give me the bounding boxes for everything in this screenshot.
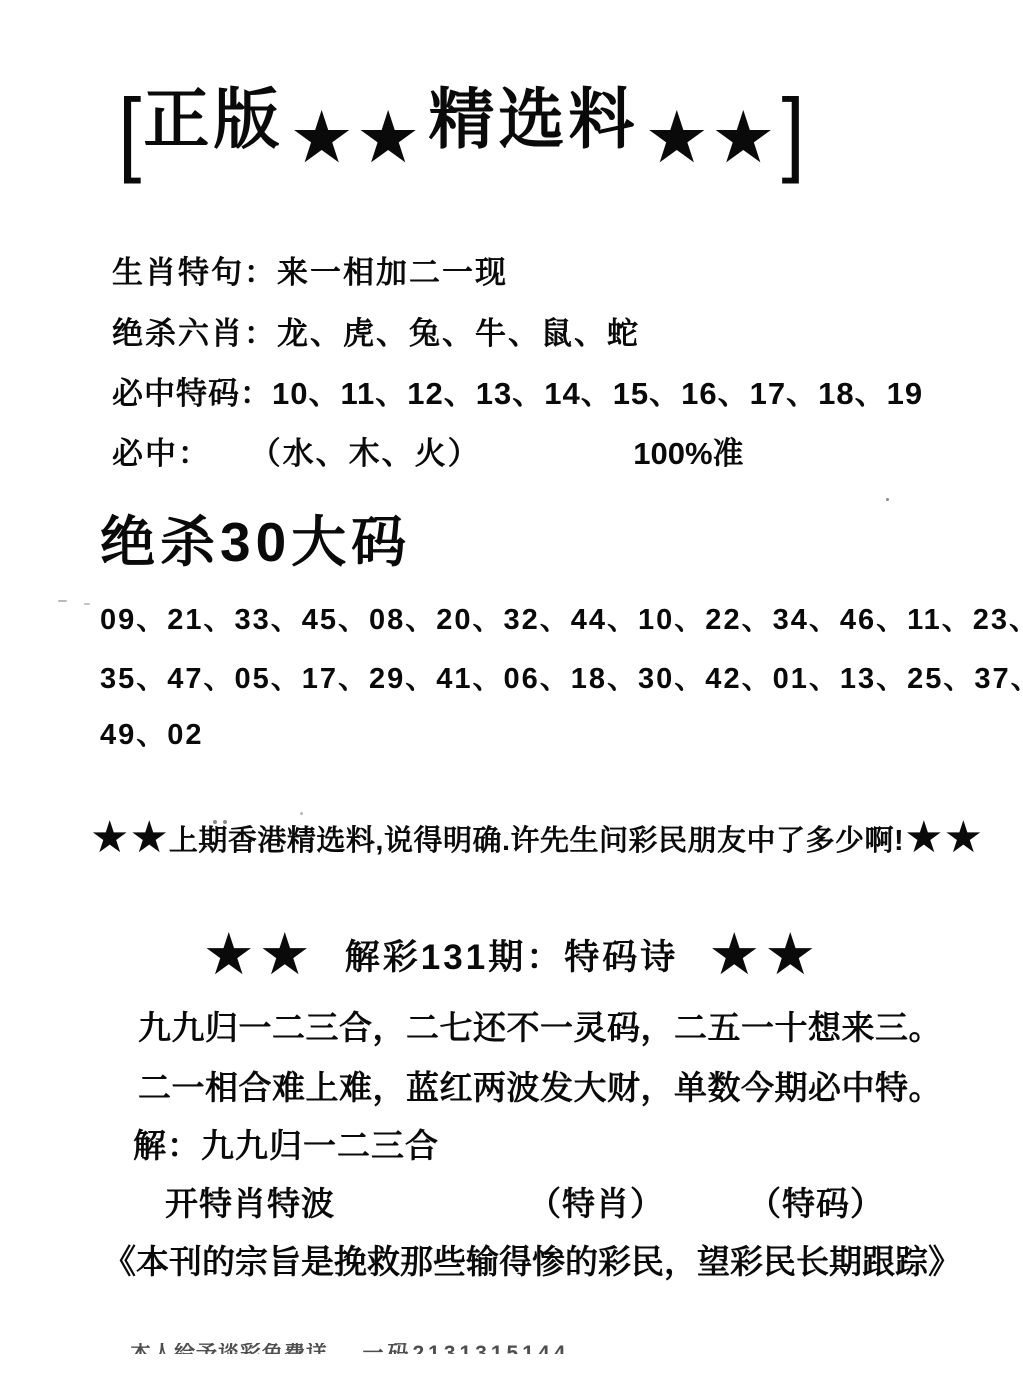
scan-speckle (213, 820, 217, 824)
scan-speckle (58, 600, 67, 602)
headline: [ 正版 ★★ 精选料 ★★ ] (118, 80, 805, 172)
must-hit-numbers-line: 必中特码：10、11、12、13、14、15、16、17、18、19 (112, 368, 923, 413)
special-code-label: （特码） (748, 1178, 884, 1225)
headline-bracket-left: [ (118, 80, 141, 183)
scan-speckle (223, 820, 227, 824)
zodiac-phrase-line: 生肖特句：来一相加二一现 (112, 247, 508, 292)
footer-clipped-line: 本人给予谈彩免费详 一码2131315144 (130, 1343, 569, 1354)
accuracy-rate: 100%准 (633, 436, 743, 471)
star-icons-banner-right: ★★ (904, 816, 983, 860)
footer-clipped-text-left: 本人给予谈彩免费详 (130, 1343, 328, 1354)
poem-line-1: 九九归一二三合，二七还不一灵码，二五一十想来三。 (138, 1002, 942, 1049)
scan-speckle (886, 498, 889, 501)
publication-motto: 《本刊的宗旨是挽救那些输得惨的彩民，望彩民长期跟踪》 (103, 1236, 961, 1283)
star-icons-headline-left: ★★ (285, 102, 426, 174)
scan-speckle (84, 603, 90, 605)
scan-speckle (300, 812, 303, 815)
must-hit-label: 必中： (112, 436, 211, 471)
headline-text-zhengban: 正版 (141, 80, 285, 159)
headline-bracket-right: ] (782, 80, 805, 183)
open-special-label: 开特肖特波 (165, 1178, 335, 1225)
poem-header: ★★ 解彩131期：特码诗 ★★ (203, 926, 820, 984)
kill30-heading: 绝杀30大码 (100, 498, 411, 577)
star-icons-poem-left: ★★ (203, 926, 315, 984)
poem-title: 解彩131期：特码诗 (345, 930, 678, 980)
banner-text: 上期香港精选料,说得明确.许先生问彩民朋友中了多少啊! (169, 818, 904, 859)
star-icons-headline-right: ★★ (640, 102, 781, 174)
scan-page: [ 正版 ★★ 精选料 ★★ ] 生肖特句：来一相加二一现 绝杀六肖：龙、虎、兔… (0, 0, 1023, 1388)
poem-line-2: 二一相合难上难，蓝红两波发大财，单数今期必中特。 (138, 1062, 942, 1109)
star-icons-poem-right: ★★ (708, 926, 820, 984)
kill30-row-3: 49、02 (100, 712, 204, 753)
must-hit-elements-line: 必中： （水、木、火） 100%准 (112, 428, 744, 473)
special-zodiac-label: （特肖） (528, 1178, 664, 1225)
star-icons-banner-left: ★★ (90, 816, 169, 860)
kill30-row-2: 35、47、05、17、29、41、06、18、30、42、01、13、25、3… (100, 656, 1023, 697)
headline-text-jingxuanliao: 精选料 (426, 80, 640, 159)
must-hit-elements: （水、木、火） (250, 436, 481, 471)
footer-clipped-text-right: 一码2131315144 (362, 1343, 569, 1354)
kill-six-zodiac-line: 绝杀六肖：龙、虎、兔、牛、鼠、蛇 (112, 308, 640, 353)
kill30-row-1: 09、21、33、45、08、20、32、44、10、22、34、46、11、2… (100, 597, 1023, 638)
poem-solution: 解：九九归一二三合 (133, 1120, 439, 1167)
